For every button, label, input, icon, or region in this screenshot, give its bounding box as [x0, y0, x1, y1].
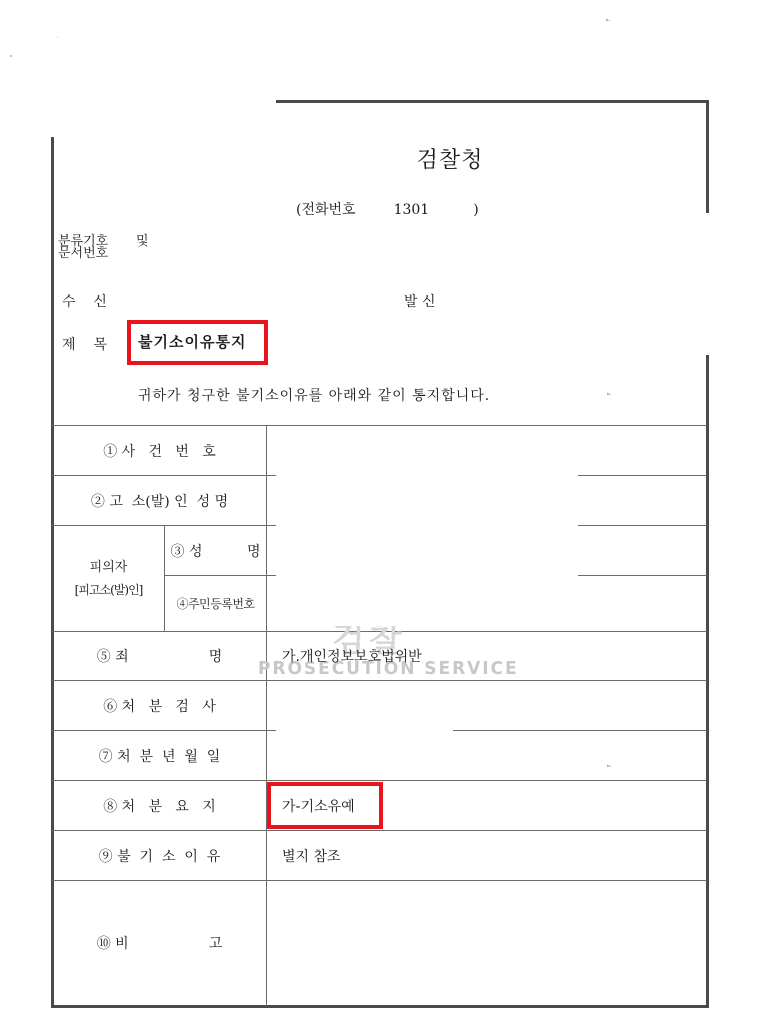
label-suspect-name: ③ 성 명 — [165, 526, 266, 575]
label-remarks: ⑩ 비 고 — [53, 881, 266, 1005]
scan-speck: ᵇ· — [606, 18, 610, 25]
classification-label-line2: 문서번호 — [58, 248, 128, 260]
disposition-highlight-box — [267, 782, 383, 829]
suspect-group-line2: [피고소(발)인] — [75, 579, 143, 601]
table-column-divider — [266, 425, 267, 1006]
label-case-number: ① 사 건 번 호 — [53, 426, 266, 475]
sender-label: 발 신 — [404, 291, 436, 311]
value-non-prosecution-reason: 별지 참조 — [282, 831, 702, 880]
classification-label-and: 및 — [136, 236, 149, 248]
label-disposition-summary: ⑧ 처 분 요 지 — [53, 781, 266, 830]
value-case-number — [282, 426, 702, 475]
subject-highlight-box — [127, 320, 268, 365]
recipient-label: 수 신 — [62, 291, 107, 311]
label-prosecutor: ⑥ 처 분 검 사 — [53, 681, 266, 730]
value-offense: 가.개인정보보호법위반 — [282, 632, 702, 680]
phone-number: 1301 — [394, 202, 430, 218]
agency-title: 검찰청 — [390, 143, 510, 174]
label-resident-number: ④주민등록번호 — [165, 576, 266, 631]
frame-right-border-upper — [706, 100, 709, 213]
subject-label: 제 목 — [62, 334, 107, 354]
phone-close: ) — [473, 202, 478, 218]
scan-speck: ᵥ — [10, 52, 13, 59]
classification-label: 분류기호 문서번호 및 — [58, 236, 128, 260]
value-suspect-name — [282, 526, 702, 575]
intro-text: 귀하가 청구한 불기소이유를 아래와 같이 통지합니다. — [138, 385, 490, 405]
frame-bottom-border — [51, 1005, 709, 1008]
value-remarks — [282, 881, 702, 1005]
label-disposition-date: ⑦ 처 분 년 월 일 — [53, 731, 266, 780]
phone-line: (전화번호1301) — [296, 199, 479, 219]
label-suspect-group: 피의자 [피고소(발)인] — [53, 526, 164, 631]
frame-right-border-lower — [706, 355, 709, 1008]
frame-top-border — [276, 100, 709, 103]
scan-speck: ᵇ· — [607, 392, 611, 399]
label-non-prosecution-reason: ⑨ 불 기 소 이 유 — [53, 831, 266, 880]
value-complainant-name — [282, 476, 702, 525]
phone-label: (전화번호 — [296, 202, 356, 218]
value-disposition-date — [282, 731, 702, 780]
suspect-group-line1: 피의자 — [90, 557, 128, 579]
scan-speck: ˈ — [57, 36, 59, 43]
label-offense: ⑤ 죄 명 — [53, 632, 266, 680]
value-resident-number — [282, 576, 702, 631]
value-prosecutor — [282, 681, 702, 730]
label-complainant-name: ② 고 소(발) 인 성 명 — [53, 476, 266, 525]
